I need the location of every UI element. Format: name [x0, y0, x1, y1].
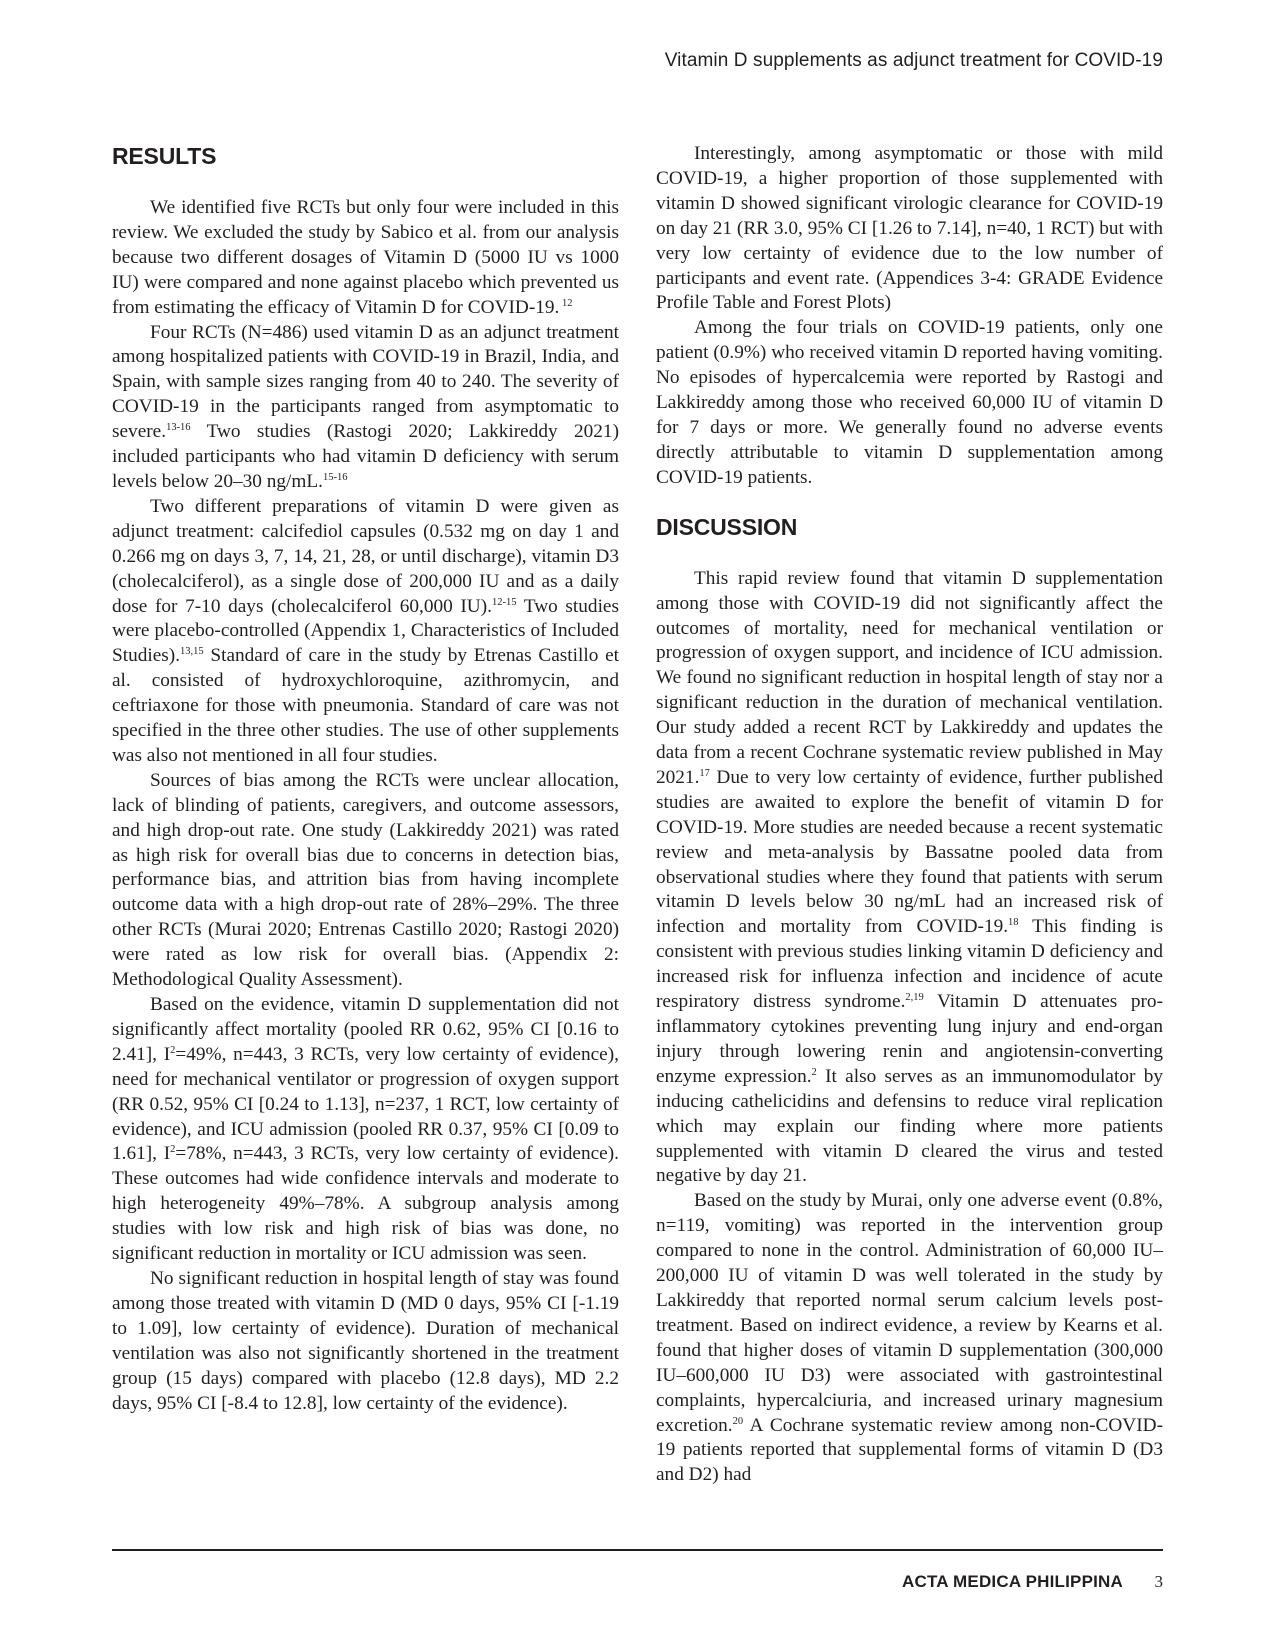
results-paragraph-3: Two different preparations of vitamin D …: [112, 495, 619, 769]
citation: 12-15: [492, 597, 517, 608]
citation: 18: [1008, 917, 1019, 928]
results-paragraph-8: Among the four trials on COVID-19 patien…: [656, 316, 1163, 490]
right-column: Interestingly, among asymptomatic or tho…: [656, 142, 1163, 1488]
results-heading: RESULTS: [112, 142, 619, 170]
journal-name: ACTA MEDICA PHILIPPINA: [902, 1572, 1123, 1592]
citation: 15-16: [323, 472, 348, 483]
left-column: RESULTS We identified five RCTs but only…: [112, 142, 619, 1416]
discussion-heading: DISCUSSION: [656, 513, 1163, 541]
citation: 13,15: [180, 646, 204, 657]
results-paragraph-4: Sources of bias among the RCTs were uncl…: [112, 769, 619, 993]
page-number: 3: [1155, 1572, 1164, 1592]
results-paragraph-5: Based on the evidence, vitamin D supplem…: [112, 993, 619, 1267]
running-title: Vitamin D supplements as adjunct treatme…: [665, 50, 1163, 72]
results-paragraph-1: We identified five RCTs but only four we…: [112, 196, 619, 321]
discussion-paragraph-1: This rapid review found that vitamin D s…: [656, 567, 1163, 1190]
results-paragraph-7: Interestingly, among asymptomatic or tho…: [656, 142, 1163, 316]
citation: 17: [699, 768, 710, 779]
footer-divider: [112, 1549, 1163, 1551]
citation: 13-16: [166, 422, 191, 433]
discussion-paragraph-2: Based on the study by Murai, only one ad…: [656, 1189, 1163, 1488]
results-paragraph-6: No significant reduction in hospital len…: [112, 1267, 619, 1416]
citation: 2,19: [905, 992, 923, 1003]
citation: 20: [733, 1416, 744, 1427]
citation: 12: [559, 298, 572, 309]
results-paragraph-2: Four RCTs (N=486) used vitamin D as an a…: [112, 321, 619, 495]
